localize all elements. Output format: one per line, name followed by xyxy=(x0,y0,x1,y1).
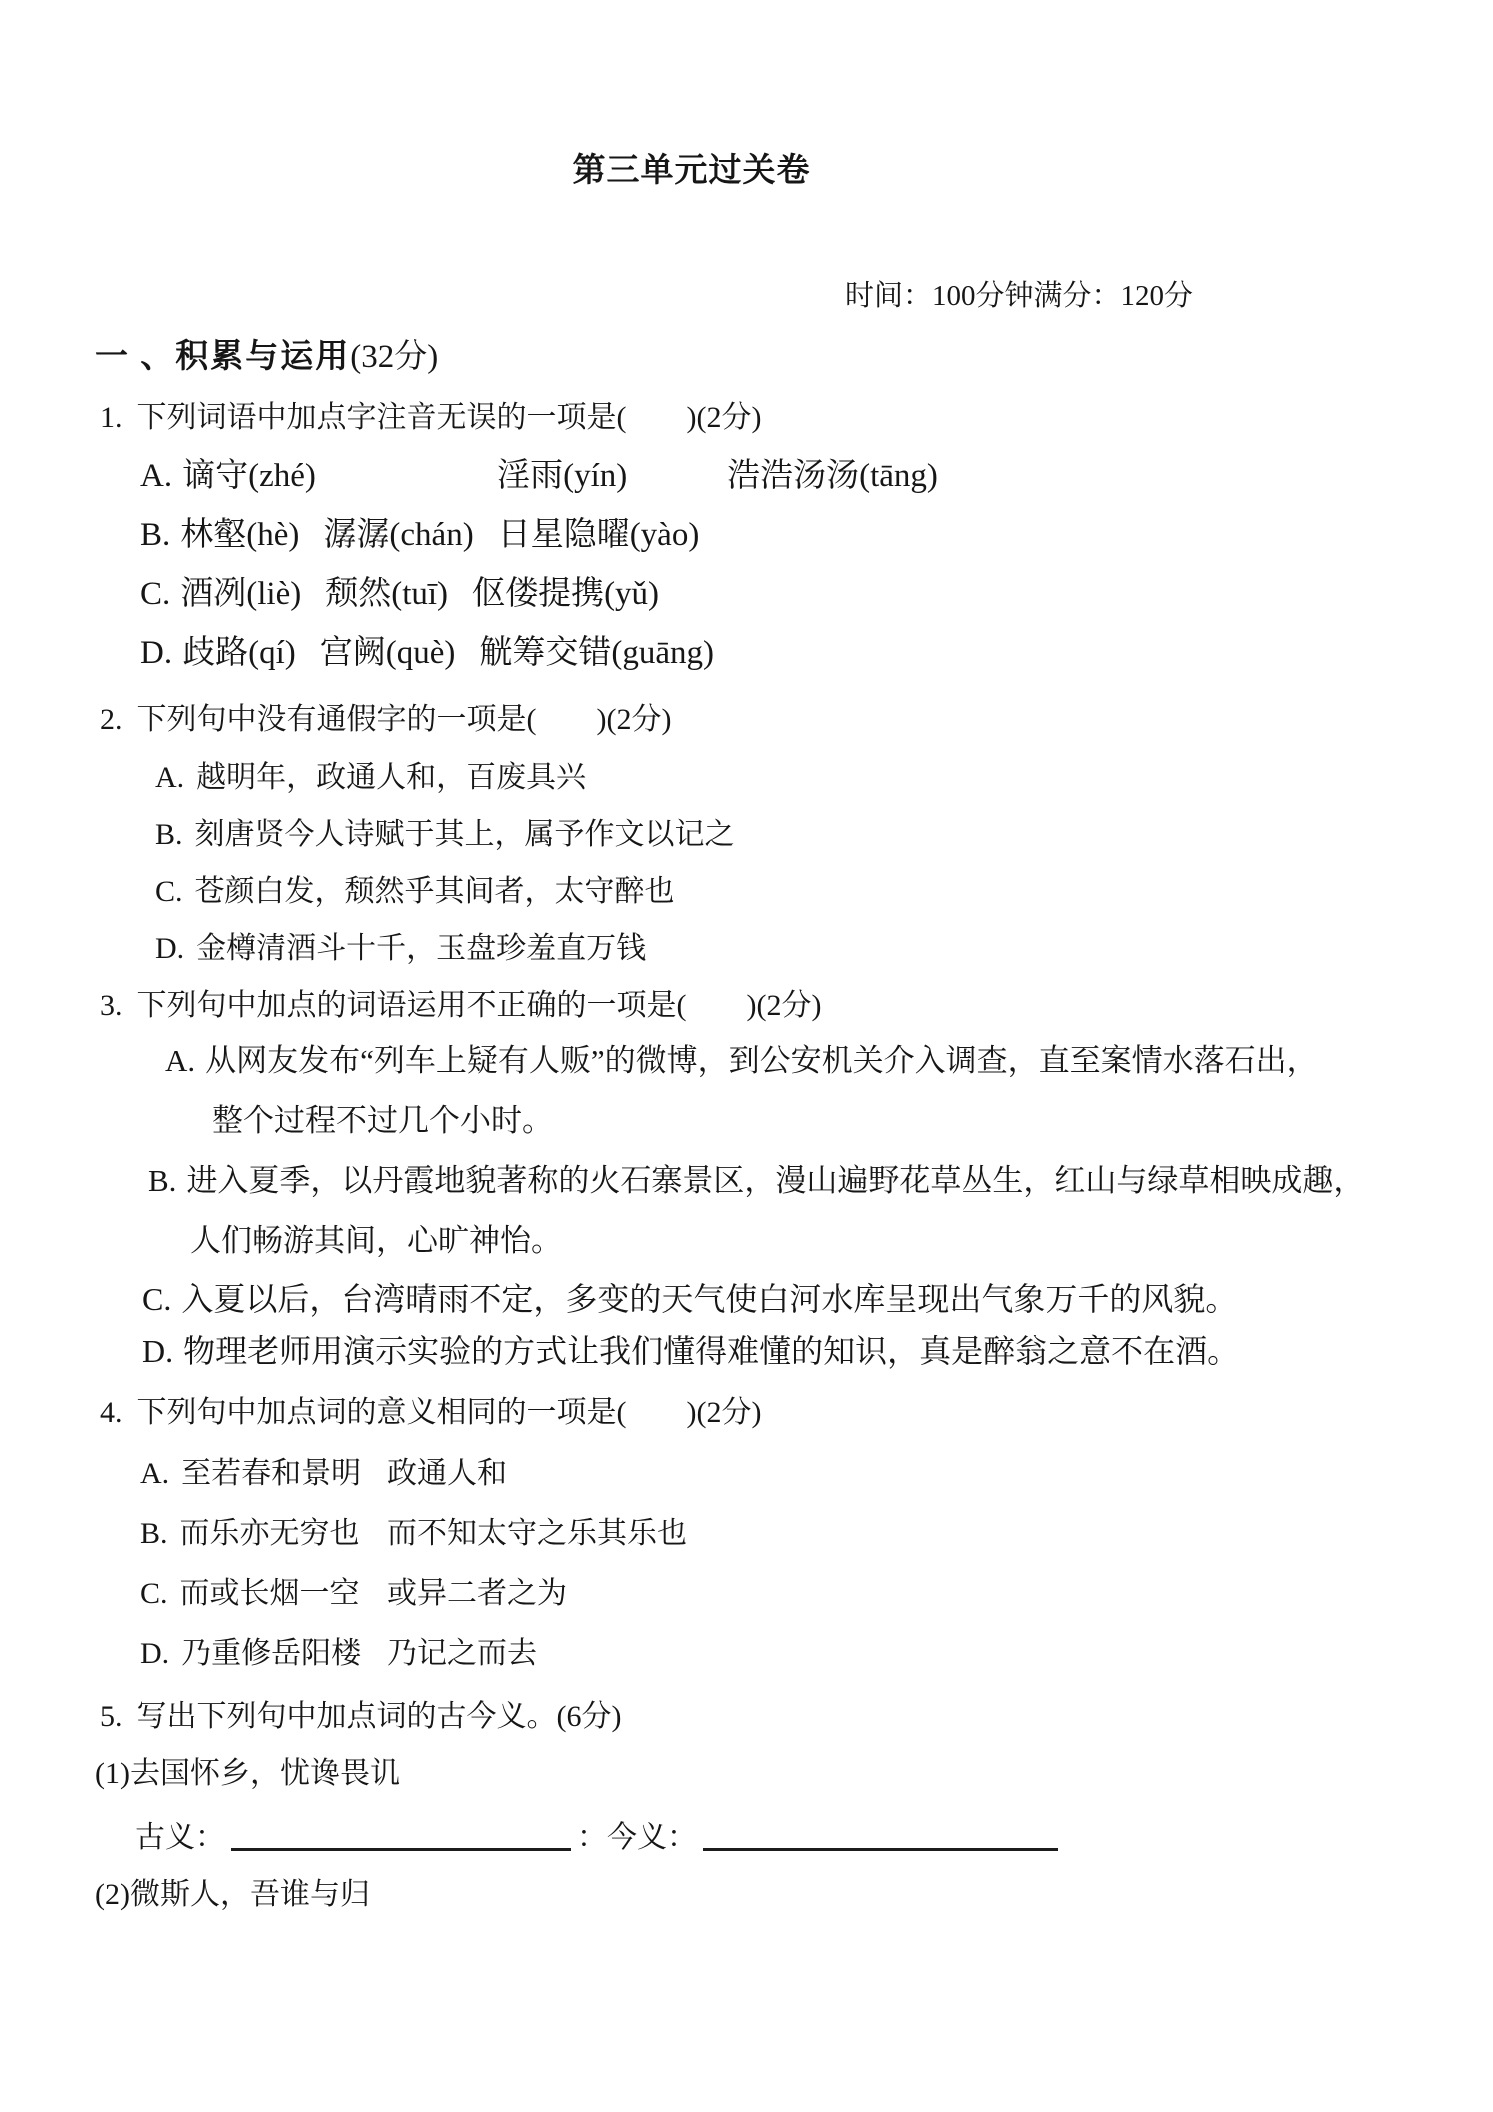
option-right-phrase: 或异二者之为 xyxy=(387,1575,567,1613)
section-heading-text: 一 、积累与运用 xyxy=(95,339,350,375)
question-4-stem: 4.下列句中加点词的意义相同的一项是( )(2分) xyxy=(0,1393,1493,1433)
question-5-part-1: (1)去国怀乡，忧谗畏讥 xyxy=(0,1755,1493,1793)
question-1-option-d: D.歧路(qí)宫阙(què)觥筹交错(guāng) xyxy=(0,632,1493,674)
exam-paper-page: 第三单元过关卷 时间：100分钟满分：120分 一 、积累与运用(32分) 1.… xyxy=(0,0,1493,2112)
option-label: D. xyxy=(155,932,184,965)
option-label: C. xyxy=(140,576,170,612)
question-5-part-2: (2)微斯人，吾谁与归 xyxy=(0,1876,1493,1914)
question-3-option-a-line2: 整个过程不过几个小时。 xyxy=(0,1101,1493,1141)
option-label: D. xyxy=(142,1333,173,1369)
option-item: 淫雨(yín) xyxy=(497,455,727,497)
option-right-phrase: 而不知太守之乐其乐也 xyxy=(387,1515,687,1553)
question-2-option-b: B.刻唐贤今人诗赋于其上，属予作文以记之 xyxy=(0,816,1493,854)
option-item: 觥筹交错(guāng) xyxy=(479,635,714,671)
option-label: B. xyxy=(148,1163,176,1198)
question-1-option-a: A.谪守(zhé)淫雨(yín)浩浩汤汤(tāng) xyxy=(0,455,1493,497)
option-left-text: 至若春和景明 xyxy=(181,1457,361,1490)
option-text: 金樽清酒斗十千，玉盘珍羞直万钱 xyxy=(196,932,646,965)
question-2-option-a: A.越明年，政通人和，百废具兴 xyxy=(0,759,1493,797)
question-3-option-b-line2: 人们畅游其间，心旷神怡。 xyxy=(0,1221,1493,1261)
modern-meaning-blank xyxy=(703,1820,1058,1851)
question-2-option-c: C.苍颜白发，颓然乎其间者，太守醉也 xyxy=(0,873,1493,911)
question-4-option-d: D.乃重修岳阳楼 乃记之而去 xyxy=(0,1635,1493,1673)
section-heading: 一 、积累与运用(32分) xyxy=(0,336,1493,378)
option-label: A. xyxy=(155,761,184,794)
page-title: 第三单元过关卷 xyxy=(0,0,1383,192)
option-left-phrase: D.乃重修岳阳楼 xyxy=(140,1635,387,1673)
option-left-text: 乃重修岳阳楼 xyxy=(181,1637,361,1670)
option-item: 歧路(qí) xyxy=(182,635,296,671)
option-left-phrase: C.而或长烟一空 xyxy=(140,1575,387,1613)
option-right-phrase: 乃记之而去 xyxy=(387,1635,537,1673)
ancient-meaning-blank xyxy=(231,1820,571,1851)
option-label: A. xyxy=(140,458,172,494)
option-label: A. xyxy=(140,1457,169,1490)
option-item: 日星隐曜(yào) xyxy=(498,517,700,553)
question-3-option-d: D.物理老师用演示实验的方式让我们懂得难懂的知识，真是醉翁之意不在酒。 xyxy=(0,1331,1493,1371)
option-item: 伛偻提携(yǔ) xyxy=(472,576,659,612)
option-item: 浩浩汤汤(tāng) xyxy=(727,458,938,494)
option-text: 越明年，政通人和，百废具兴 xyxy=(196,761,586,794)
option-text: 苍颜白发，颓然乎其间者，太守醉也 xyxy=(195,875,675,908)
option-text-line1: 从网友发布“列车上疑有人贩”的微博，到公安机关介入调查，直至案情水落石出， xyxy=(205,1043,1318,1078)
question-4-number: 4. xyxy=(100,1396,123,1429)
option-item: 颓然(tuī) xyxy=(325,576,448,612)
option-label: A. xyxy=(165,1043,195,1078)
option-left-phrase: A.至若春和景明 xyxy=(140,1455,387,1493)
question-3-option-a: A.从网友发布“列车上疑有人贩”的微博，到公安机关介入调查，直至案情水落石出， xyxy=(0,1041,1493,1081)
section-score: (32分) xyxy=(350,339,438,375)
option-text-line2: 人们畅游其间，心旷神怡。 xyxy=(190,1223,562,1258)
question-4-option-c: C.而或长烟一空 或异二者之为 xyxy=(0,1575,1493,1613)
question-3-number: 3. xyxy=(100,989,123,1022)
option-text: 刻唐贤今人诗赋于其上，属予作文以记之 xyxy=(195,818,735,851)
option-text-line2: 整个过程不过几个小时。 xyxy=(212,1103,553,1138)
question-4-text: 下列句中加点词的意义相同的一项是( )(2分) xyxy=(137,1396,762,1429)
option-left-text: 而乐亦无穷也 xyxy=(180,1517,360,1550)
question-2-option-d: D.金樽清酒斗十千，玉盘珍羞直万钱 xyxy=(0,930,1493,968)
question-2-number: 2. xyxy=(100,703,123,736)
option-text: 入夏以后，台湾晴雨不定，多变的天气使白河水库呈现出气象万千的风貌。 xyxy=(181,1281,1237,1317)
ancient-meaning-label: 古义： xyxy=(135,1821,225,1854)
question-1-option-b: B.林壑(hè)潺潺(chán)日星隐曜(yào) xyxy=(0,514,1493,556)
question-3-text: 下列句中加点的词语运用不正确的一项是( )(2分) xyxy=(137,989,822,1022)
option-left-phrase: B.而乐亦无穷也 xyxy=(140,1515,387,1553)
option-label: C. xyxy=(155,875,183,908)
question-4-option-b: B.而乐亦无穷也 而不知太守之乐其乐也 xyxy=(0,1515,1493,1553)
question-3-stem: 3.下列句中加点的词语运用不正确的一项是( )(2分) xyxy=(0,986,1493,1026)
option-label: D. xyxy=(140,1637,169,1670)
question-5-stem: 5.写出下列句中加点词的古今义。(6分) xyxy=(0,1697,1493,1737)
question-2-stem: 2.下列句中没有通假字的一项是( )(2分) xyxy=(0,700,1493,740)
option-left-text: 而或长烟一空 xyxy=(180,1577,360,1610)
question-2-text: 下列句中没有通假字的一项是( )(2分) xyxy=(137,703,672,736)
question-3-option-c: C.入夏以后，台湾晴雨不定，多变的天气使白河水库呈现出气象万千的风貌。 xyxy=(0,1279,1493,1319)
modern-meaning-label: ：今义： xyxy=(577,1821,697,1854)
option-item: 潺潺(chán) xyxy=(323,517,473,553)
question-3-option-b: B.进入夏季，以丹霞地貌著称的火石寨景区，漫山遍野花草丛生，红山与绿草相映成趣， xyxy=(0,1161,1493,1201)
question-1-text: 下列词语中加点字注音无误的一项是( )(2分) xyxy=(137,401,762,434)
option-label: D. xyxy=(140,635,172,671)
question-1-stem: 1.下列词语中加点字注音无误的一项是( )(2分) xyxy=(0,398,1493,438)
question-5-number: 5. xyxy=(100,1700,123,1733)
question-4-option-a: A.至若春和景明 政通人和 xyxy=(0,1455,1493,1493)
option-item: 宫阙(què) xyxy=(320,635,456,671)
option-label: B. xyxy=(140,1517,168,1550)
question-1-number: 1. xyxy=(100,401,123,434)
option-label: B. xyxy=(155,818,183,851)
option-text: 物理老师用演示实验的方式让我们懂得难懂的知识，真是醉翁之意不在酒。 xyxy=(183,1333,1239,1369)
exam-time-score: 时间：100分钟满分：120分 xyxy=(0,278,1493,314)
option-text-line1: 进入夏季，以丹霞地貌著称的火石寨景区，漫山遍野花草丛生，红山与绿草相映成趣， xyxy=(186,1163,1364,1198)
question-1-option-c: C.酒冽(liè)颓然(tuī)伛偻提携(yǔ) xyxy=(0,573,1493,615)
option-right-phrase: 政通人和 xyxy=(387,1455,507,1493)
option-label: B. xyxy=(140,517,170,553)
option-label: C. xyxy=(140,1577,168,1610)
option-item: 酒冽(liè) xyxy=(180,576,301,612)
question-5-text: 写出下列句中加点词的古今义。(6分) xyxy=(137,1700,622,1733)
option-label: C. xyxy=(142,1281,171,1317)
option-item: 谪守(zhé) xyxy=(182,455,497,497)
ancient-modern-meaning-line: 古义：：今义： xyxy=(0,1818,1493,1858)
option-item: 林壑(hè) xyxy=(180,517,299,553)
